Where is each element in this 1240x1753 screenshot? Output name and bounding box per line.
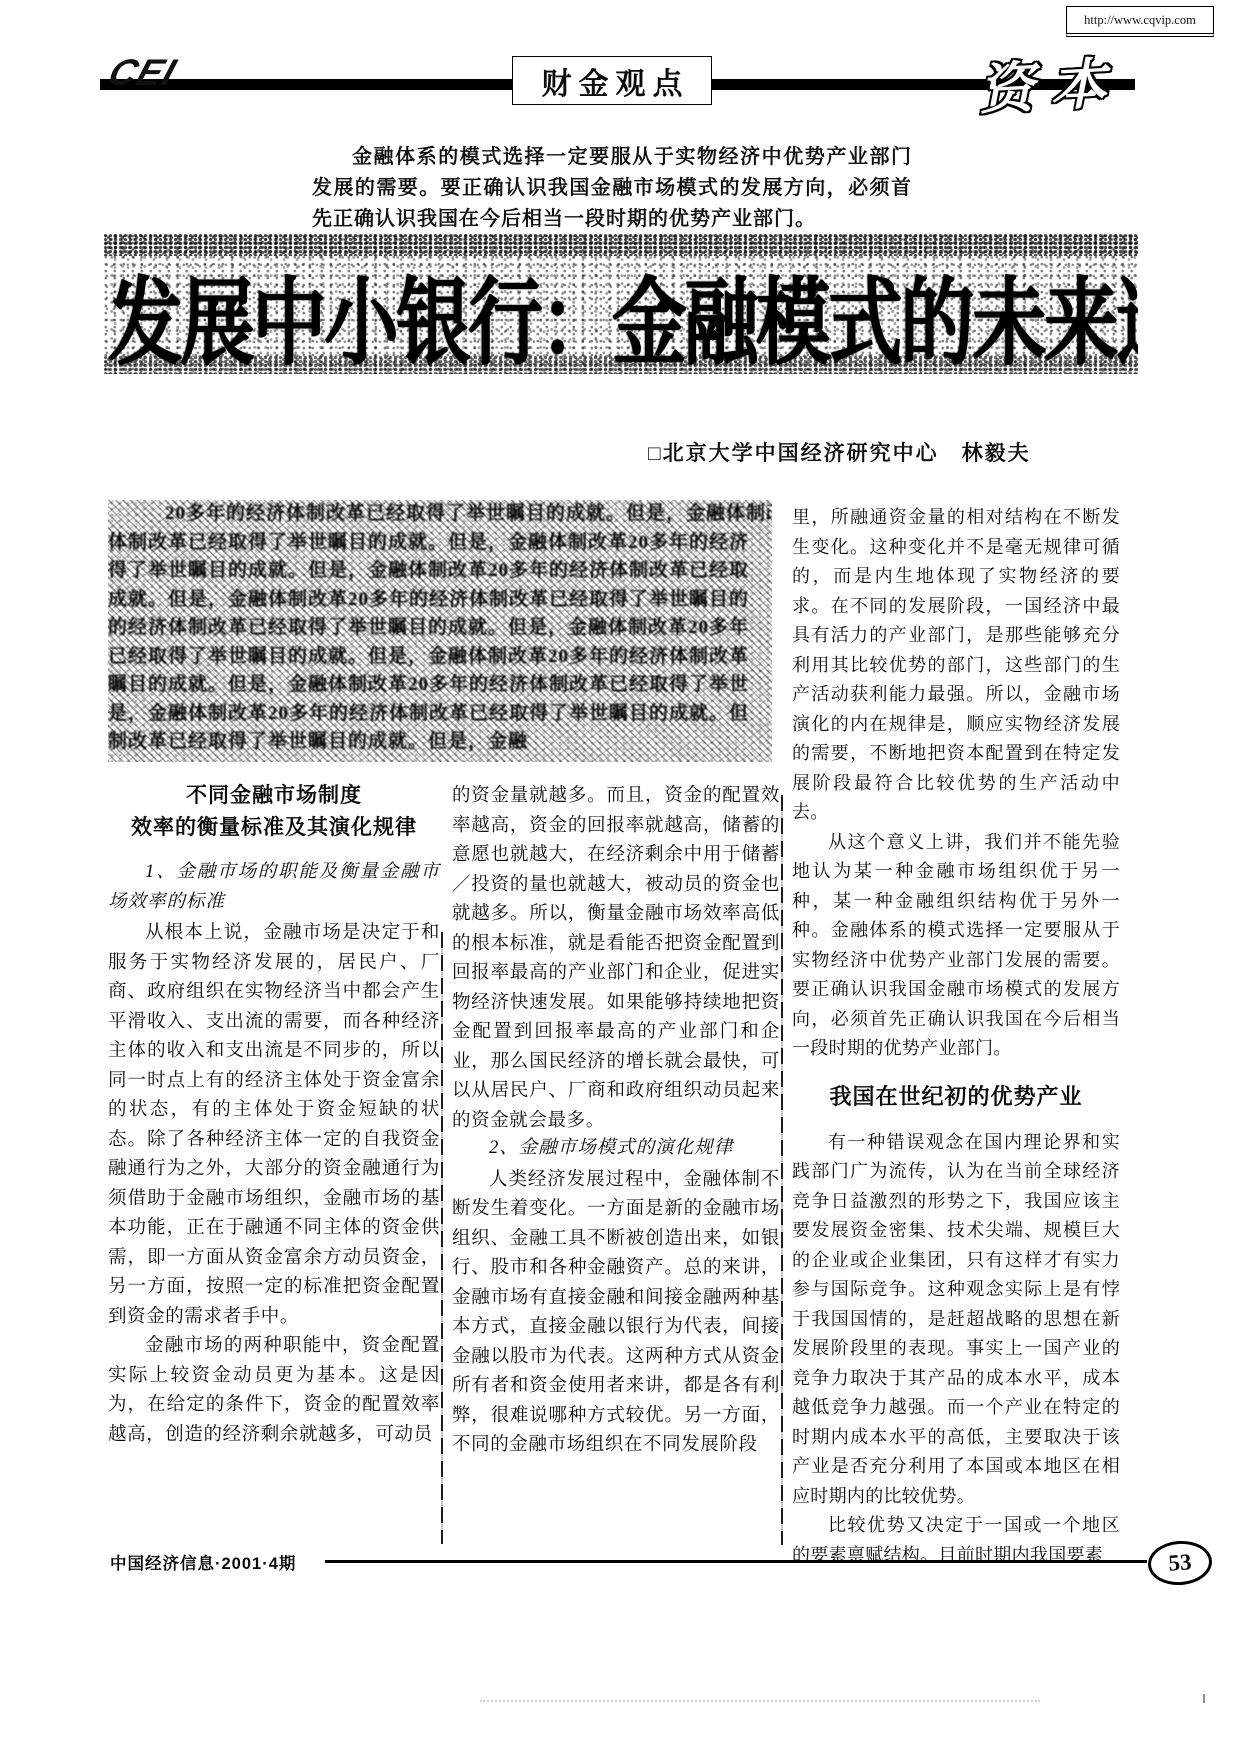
page-number-badge: 53 bbox=[1147, 1539, 1214, 1587]
scan-artifact-tick bbox=[1203, 1694, 1205, 1703]
col3-heading: 我国在世纪初的优势产业 bbox=[792, 1082, 1120, 1112]
col1-heading-line2: 效率的衡量标准及其演化规律 bbox=[131, 816, 417, 839]
degraded-line: 是，金融体制改革20多年的经济体制改革已经取得了举世瞩目的成就。但 bbox=[108, 700, 772, 729]
article-title: 发展中小银行：金融模式的未来选择 bbox=[108, 248, 1138, 374]
byline: □北京大学中国经济研究中心 林毅夫 bbox=[648, 437, 1031, 467]
col3-para1: 里，所融通资金量的相对结构在不断发生变化。这种变化并不是毫无规律可循的，而是内生… bbox=[792, 503, 1120, 828]
scanned-journal-page: http://www.cqvip.com CEI 财金观点 资本 金融体系的模式… bbox=[0, 0, 1240, 1753]
col1-para2: 金融市场的两种职能中，资金配置实际上较资金动员更为基本。这是因为，在给定的条件下… bbox=[108, 1330, 440, 1448]
col2-subhead: 2、金融市场模式的演化规律 bbox=[452, 1134, 780, 1164]
watermark-url-box: http://www.cqvip.com bbox=[1066, 6, 1214, 37]
degraded-line: 制改革已经取得了举世瞩目的成就。但是，金融 bbox=[108, 728, 772, 757]
degraded-line: 已经取得了举世瞩目的成就。但是，金融体制改革20多年的经济体制改革 bbox=[108, 643, 772, 672]
degraded-line: 成就。但是，金融体制改革20多年的经济体制改革已经取得了举世瞩目的 bbox=[108, 586, 772, 615]
col1-para1: 从根本上说，金融市场是决定于和服务于实物经济发展的，居民户、厂商、政府组织在实物… bbox=[108, 917, 440, 1330]
degraded-line: 体制改革已经取得了举世瞩目的成就。但是，金融体制改革20多年的经济 bbox=[108, 529, 772, 558]
title-band: 发展中小银行：金融模式的未来选择 bbox=[104, 234, 1138, 374]
col3-para2: 从这个意义上讲，我们并不能先验地认为某一种金融市场组织优于另一种，某一种金融组织… bbox=[792, 828, 1120, 1064]
col1-heading: 不同金融市场制度 效率的衡量标准及其演化规律 bbox=[108, 780, 440, 844]
scan-artifact-dots bbox=[480, 1700, 1040, 1701]
footer-journal-issue: 中国经济信息·2001·4期 bbox=[110, 1550, 296, 1574]
page-number: 53 bbox=[1168, 1549, 1193, 1577]
col1-subhead: 1、金融市场的职能及衡量金融市场效率的标准 bbox=[108, 858, 440, 917]
column-divider-left bbox=[441, 932, 443, 1544]
col2-para1: 的资金量就越多。而且，资金的配置效率越高，资金的回报率就越高，储蓄的意愿也就越大… bbox=[452, 780, 780, 1134]
degraded-line: 得了举世瞩目的成就。但是，金融体制改革20多年的经济体制改革已经取 bbox=[108, 557, 772, 586]
column-1: 不同金融市场制度 效率的衡量标准及其演化规律 1、金融市场的职能及衡量金融市场效… bbox=[108, 780, 440, 1448]
ziben-logo: 资本 bbox=[976, 38, 1135, 124]
lead-quote: 金融体系的模式选择一定要服从于实物经济中优势产业部门发展的需要。要正确认识我国金… bbox=[312, 142, 912, 235]
column-divider-right bbox=[781, 795, 783, 1545]
footer-rule bbox=[325, 1560, 1147, 1563]
section-banner-label: 财金观点 bbox=[535, 59, 690, 103]
column-2: 的资金量就越多。而且，资金的配置效率越高，资金的回报率就越高，储蓄的意愿也就越大… bbox=[452, 780, 780, 1459]
section-banner: 财金观点 bbox=[512, 56, 712, 105]
degraded-line: 瞩目的成就。但是，金融体制改革20多年的经济体制改革已经取得了举世 bbox=[108, 671, 772, 700]
col2-para2: 人类经济发展过程中，金融体制不断发生着变化。一方面是新的金融市场组织、金融工具不… bbox=[452, 1164, 780, 1459]
col1-heading-line1: 不同金融市场制度 bbox=[186, 784, 362, 807]
watermark-url: http://www.cqvip.com bbox=[1084, 13, 1196, 28]
column-3: 里，所融通资金量的相对结构在不断发生变化。这种变化并不是毫无规律可循的，而是内生… bbox=[792, 503, 1120, 1570]
degraded-intro-block: 20多年的经济体制改革已经取得了举世瞩目的成就。但是，金融体制改革 体制改革已经… bbox=[108, 500, 772, 762]
degraded-line: 20多年的经济体制改革已经取得了举世瞩目的成就。但是，金融体制改革 bbox=[108, 500, 772, 529]
cei-logo: CEI bbox=[103, 52, 181, 94]
col3-para3: 有一种错误观念在国内理论界和实践部门广为流传，认为在当前全球经济竞争日益激烈的形… bbox=[792, 1128, 1120, 1512]
degraded-line: 的经济体制改革已经取得了举世瞩目的成就。但是，金融体制改革20多年 bbox=[108, 614, 772, 643]
